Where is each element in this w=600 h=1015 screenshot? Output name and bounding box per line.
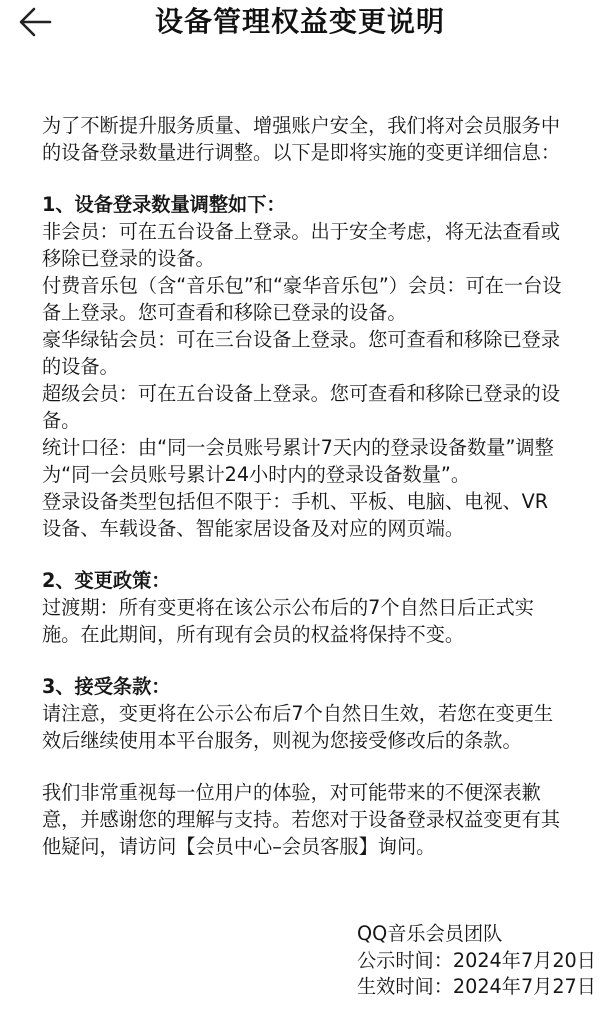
section-heading: 1、设备登录数量调整如下： xyxy=(42,191,582,218)
section-line: 备上登录。您可查看和移除已登录的设备。 xyxy=(42,299,582,326)
signature-block: QQ音乐会员团队 公示时间：2024年7月20日 生效时间：2024年7月27日 xyxy=(357,921,597,1001)
signature-team: QQ音乐会员团队 xyxy=(357,921,597,948)
closing-line: 我们非常重视每一位用户的体验，对可能带来的不便深表歉 xyxy=(42,779,582,806)
spacer xyxy=(42,754,582,779)
section-line: 超级会员：可在五台设备上登录。您可查看和移除已登录的设 xyxy=(42,380,582,407)
section-heading: 3、接受条款： xyxy=(42,673,582,700)
section-line: 为“同一会员账号累计24小时内的登录设备数量”。 xyxy=(42,461,582,488)
section-line: 付费音乐包（含“音乐包”和“豪华音乐包”）会员：可在一台设 xyxy=(42,272,582,299)
spacer xyxy=(42,542,582,567)
page-title: 设备管理权益变更说明 xyxy=(0,2,600,42)
effective-date: 生效时间：2024年7月27日 xyxy=(357,974,597,1001)
intro-line: 的设备登录数量进行调整。以下是即将实施的变更详细信息： xyxy=(42,139,582,166)
section-line: 豪华绿钻会员：可在三台设备上登录。您可查看和移除已登录 xyxy=(42,326,582,353)
section-line: 移除已登录的设备。 xyxy=(42,245,582,272)
section-change-policy: 2、变更政策： 过渡期：所有变更将在该公示公布后的7个自然日后正式实 施。在此期… xyxy=(42,567,582,648)
top-bar: 设备管理权益变更说明 xyxy=(0,0,600,48)
closing-line: 意，并感谢您的理解与支持。若您对于设备登录权益变更有其 xyxy=(42,806,582,833)
section-line: 的设备。 xyxy=(42,353,582,380)
spacer xyxy=(42,166,582,191)
publish-date: 公示时间：2024年7月20日 xyxy=(357,948,597,975)
spacer xyxy=(42,648,582,673)
section-line: 备。 xyxy=(42,407,582,434)
section-line: 登录设备类型包括但不限于：手机、平板、电脑、电视、VR xyxy=(42,488,582,515)
announcement-body: 为了不断提升服务质量、增强账户安全，我们将对会员服务中 的设备登录数量进行调整。… xyxy=(42,112,582,860)
section-heading: 2、变更政策： xyxy=(42,567,582,594)
intro-line: 为了不断提升服务质量、增强账户安全，我们将对会员服务中 xyxy=(42,112,582,139)
section-line: 施。在此期间，所有现有会员的权益将保持不变。 xyxy=(42,621,582,648)
section-line: 非会员：可在五台设备上登录。出于安全考虑，将无法查看或 xyxy=(42,218,582,245)
section-device-limits: 1、设备登录数量调整如下： 非会员：可在五台设备上登录。出于安全考虑，将无法查看… xyxy=(42,191,582,542)
section-accept-terms: 3、接受条款： 请注意，变更将在公示公布后7个自然日生效，若您在变更生 效后继续… xyxy=(42,673,582,754)
section-line: 统计口径：由“同一会员账号累计7天内的登录设备数量”调整 xyxy=(42,434,582,461)
intro-paragraph: 为了不断提升服务质量、增强账户安全，我们将对会员服务中 的设备登录数量进行调整。… xyxy=(42,112,582,166)
section-line: 请注意，变更将在公示公布后7个自然日生效，若您在变更生 xyxy=(42,700,582,727)
section-line: 效后继续使用本平台服务，则视为您接受修改后的条款。 xyxy=(42,727,582,754)
closing-paragraph: 我们非常重视每一位用户的体验，对可能带来的不便深表歉 意，并感谢您的理解与支持。… xyxy=(42,779,582,860)
closing-line: 他疑问，请访问【会员中心–会员客服】询问。 xyxy=(42,833,582,860)
section-line: 设备、车载设备、智能家居设备及对应的网页端。 xyxy=(42,515,582,542)
section-line: 过渡期：所有变更将在该公示公布后的7个自然日后正式实 xyxy=(42,594,582,621)
